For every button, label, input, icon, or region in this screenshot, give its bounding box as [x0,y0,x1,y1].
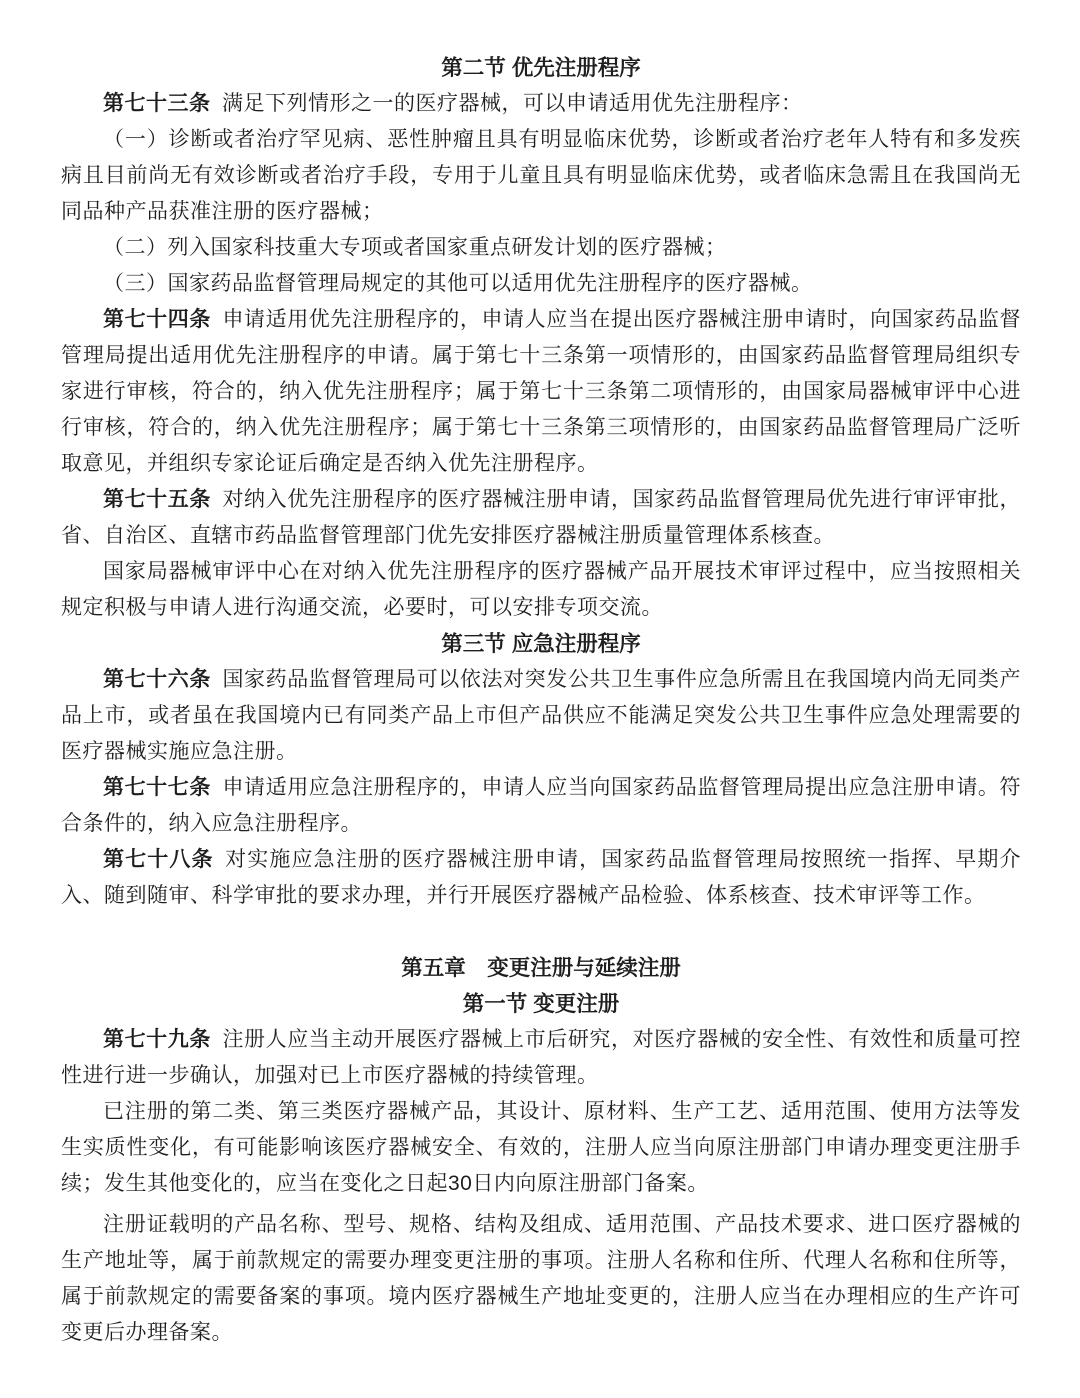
article-73-label: 第七十三条 [103,92,211,115]
article-74-label: 第七十四条 [103,308,211,331]
section-heading-priority-registration: 第二节 优先注册程序 [61,50,1021,86]
article-73-text: 满足下列情形之一的医疗器械，可以申请适用优先注册程序： [222,92,803,115]
article-79-para-2: 已注册的第二类、第三类医疗器械产品，其设计、原材料、生产工艺、适用范围、使用方法… [61,1094,1021,1202]
article-76-label: 第七十六条 [103,668,211,691]
document-page: 第二节 优先注册程序 第七十三条满足下列情形之一的医疗器械，可以申请适用优先注册… [0,0,1080,1398]
section-heading-change-registration: 第一节 变更注册 [61,986,1021,1022]
article-79-para-3: 注册证载明的产品名称、型号、规格、结构及组成、适用范围、产品技术要求、进口医疗器… [61,1207,1021,1351]
article-78: 第七十八条对实施应急注册的医疗器械注册申请，国家药品监督管理局按照统一指挥、早期… [61,842,1021,914]
article-79-label: 第七十九条 [103,1028,211,1051]
section-heading-emergency-registration: 第三节 应急注册程序 [61,626,1021,662]
article-75-para-2: 国家局器械审评中心在对纳入优先注册程序的医疗器械产品开展技术审评过程中，应当按照… [61,554,1021,626]
article-77-label: 第七十七条 [103,776,211,799]
article-74-text: 申请适用优先注册程序的，申请人应当在提出医疗器械注册申请时，向国家药品监督管理局… [61,308,1021,475]
chapter-heading-5: 第五章 变更注册与延续注册 [61,950,1021,986]
article-73-item-2: （二）列入国家科技重大专项或者国家重点研发计划的医疗器械； [61,230,1021,266]
article-73-item-3: （三）国家药品监督管理局规定的其他可以适用优先注册程序的医疗器械。 [61,266,1021,302]
article-73-item-1: （一）诊断或者治疗罕见病、恶性肿瘤且具有明显临床优势，诊断或者治疗老年人特有和多… [61,122,1021,230]
article-77: 第七十七条申请适用应急注册程序的，申请人应当向国家药品监督管理局提出应急注册申请… [61,770,1021,842]
article-78-label: 第七十八条 [103,848,214,871]
article-74: 第七十四条申请适用优先注册程序的，申请人应当在提出医疗器械注册申请时，向国家药品… [61,302,1021,482]
article-75-label: 第七十五条 [103,488,211,511]
article-79: 第七十九条注册人应当主动开展医疗器械上市后研究，对医疗器械的安全性、有效性和质量… [61,1022,1021,1094]
article-75: 第七十五条对纳入优先注册程序的医疗器械注册申请，国家药品监督管理局优先进行审评审… [61,482,1021,554]
article-76: 第七十六条国家药品监督管理局可以依法对突发公共卫生事件应急所需且在我国境内尚无同… [61,662,1021,770]
article-73: 第七十三条满足下列情形之一的医疗器械，可以申请适用优先注册程序： [61,86,1021,122]
